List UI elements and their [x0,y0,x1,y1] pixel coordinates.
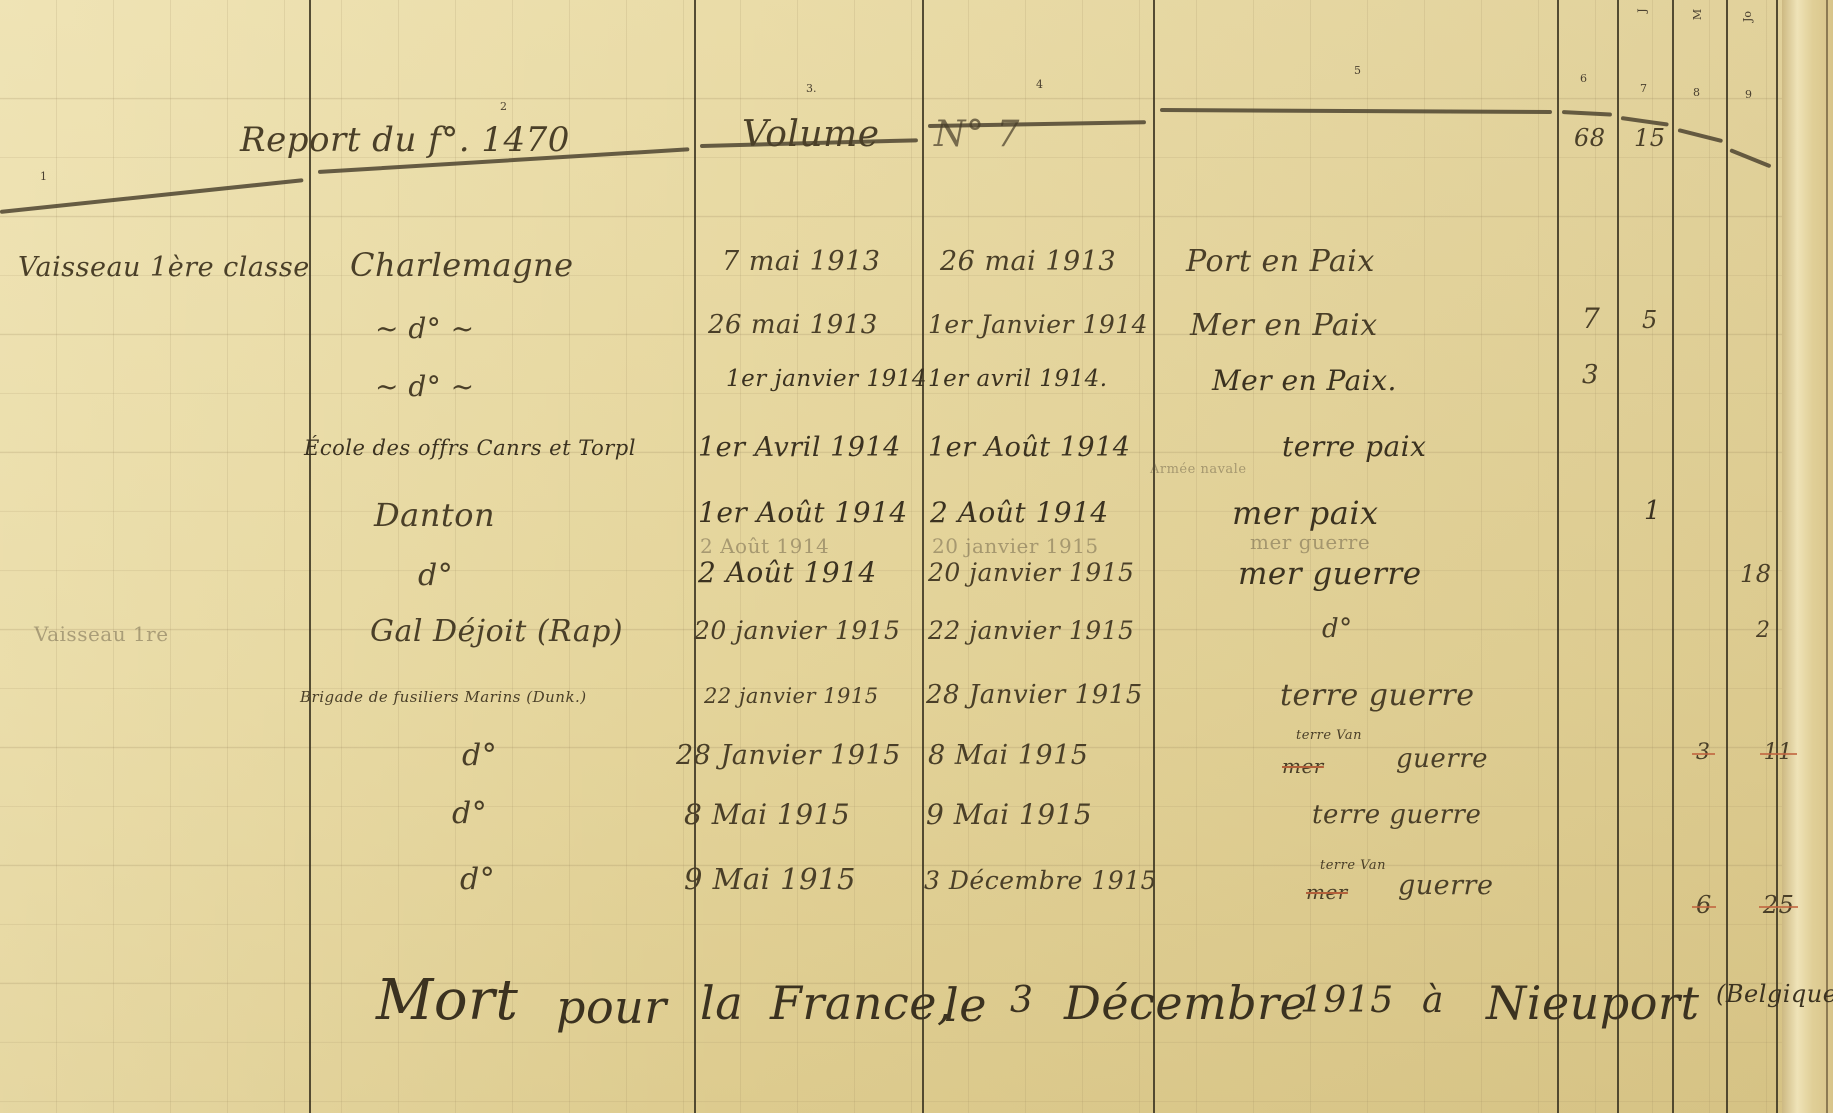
column-number-4: 4 [1036,78,1043,91]
column-divider-5 [1557,0,1559,1113]
col9-cell: 11 [1764,740,1793,765]
volume-label: Volume [742,114,880,155]
column-divider-1 [309,0,311,1113]
status-struck-cell: mer [1306,880,1348,904]
unit-cell: d° [452,796,487,831]
column-number-7: 7 [1640,82,1647,95]
from-date-cell: 1er Août 1914 [698,496,908,529]
unit-cell: d° [418,558,453,593]
column-divider-2 [694,0,696,1113]
from-date-cell: 9 Mai 1915 [684,862,856,896]
death-word-4: France, [770,976,952,1030]
status-cell: mer paix [1232,494,1379,532]
from-date-cell: 1er Avril 1914 [698,432,901,463]
rank-pencil-note: Vaisseau 1re [34,622,169,646]
unit-cell: Gal Déjoit (Rap) [370,614,623,649]
register-page: 1 2 3. 4 5 6 7 8 9 J M Jo Report du f°. … [0,0,1833,1113]
unit-cell: Charlemagne [350,246,574,284]
volume-number: N° 7 [934,114,1020,155]
column-divider-4 [1153,0,1155,1113]
column-divider-8 [1726,0,1728,1113]
death-word-3: la [700,976,743,1030]
ruled-grid-vertical [0,0,1793,1113]
unit-cell: Danton [374,496,495,534]
rank-entry: Vaisseau 1ère classe [18,252,310,283]
rotated-header-col7: J [1636,8,1649,12]
status-cell: mer guerre [1238,556,1422,592]
col7-cell: 1 [1644,496,1661,526]
to-date-cell: 1er avril 1914. [928,366,1108,392]
rotated-header-col9: Jo [1741,11,1754,22]
from-date-cell: 7 mai 1913 [722,246,880,277]
to-date-cell: 2 Août 1914 [930,496,1109,529]
col6-cell: 7 [1582,302,1600,335]
to-date-cell: 22 janvier 1915 [928,616,1134,645]
column-number-9: 9 [1745,88,1752,101]
death-word-10: Nieuport [1486,976,1699,1030]
to-date-cell: 3 Décembre 1915 [924,866,1157,895]
to-pencil-cell: 20 janvier 1915 [932,534,1099,558]
col8-cell: 3 [1696,740,1711,765]
status-pencil-cell: mer guerre [1250,530,1370,554]
to-date-cell: 1er Août 1914 [928,432,1130,463]
to-date-cell: 20 janvier 1915 [928,558,1134,587]
unit-cell: d° [460,862,495,897]
death-word-11: (Belgique) [1716,980,1833,1008]
to-date-cell: 26 mai 1913 [940,246,1116,277]
carry-forward-col6: 68 [1574,124,1606,152]
status-struck-cell: mer [1282,754,1324,778]
column-number-3: 3. [806,82,817,95]
from-date-cell: 26 mai 1913 [708,310,878,340]
from-date-cell: 1er janvier 1914 [726,366,927,392]
status-cell: guerre [1396,744,1488,774]
status-cell: terre guerre [1280,678,1475,713]
unit-cell: Brigade de fusiliers Marins (Dunk.) [300,688,587,706]
col6-cell: 3 [1582,360,1599,390]
page-edge-line [1826,0,1828,1113]
status-cell: Mer en Paix [1190,308,1378,343]
struck-word: mer [1282,754,1324,778]
from-date-cell: 28 Janvier 1915 [676,740,901,771]
carry-forward-label: Report du f°. 1470 [240,120,570,160]
from-date-cell: 20 janvier 1915 [694,616,900,645]
unit-cell: ~ d° ~ [375,312,475,345]
carry-forward-col7: 15 [1634,124,1666,152]
column-divider-3 [922,0,924,1113]
rotated-header-col8: M [1691,9,1704,20]
to-date-cell: 28 Janvier 1915 [926,680,1143,710]
unit-cell: d° [462,738,497,773]
death-word-2: pour [556,980,667,1034]
column-divider-7 [1672,0,1674,1113]
death-word-6: 3 [1010,980,1033,1021]
death-word-8: 1915 [1300,980,1394,1021]
status-cell: terre guerre [1312,800,1481,830]
to-date-cell: 1er Janvier 1914 [928,310,1148,339]
col7-cell: 5 [1642,306,1658,334]
column-number-5: 5 [1354,64,1361,77]
status-cell: Port en Paix [1186,244,1375,279]
death-word-5: le [944,978,987,1032]
death-word-1: Mort [376,968,518,1033]
column-number-8: 8 [1693,86,1700,99]
unit-cell: École des offrs Canrs et Torpl [304,436,636,460]
column-divider-9 [1776,0,1778,1113]
col8-cell: 6 [1696,891,1712,919]
death-word-9: à [1422,980,1444,1021]
col9-cell: 25 [1763,891,1795,919]
unit-cell: ~ d° ~ [375,370,475,403]
from-date-cell: 8 Mai 1915 [684,798,850,831]
col9-cell: 18 [1740,560,1772,588]
struck-word: mer [1306,880,1348,904]
column-number-6: 6 [1580,72,1587,85]
from-date-cell: 2 Août 1914 [698,556,877,589]
col9-cell: 2 [1756,618,1771,643]
status-cell: terre paix [1282,430,1426,463]
column-divider-6 [1617,0,1619,1113]
to-date-cell: 8 Mai 1915 [928,740,1088,771]
status-correction-cell: terre Van [1320,858,1386,873]
death-word-7: Décembre [1064,976,1307,1030]
to-date-cell: 9 Mai 1915 [926,798,1092,831]
status-cell: guerre [1398,870,1493,901]
status-cell: Mer en Paix. [1212,364,1397,397]
from-pencil-cell: 2 Août 1914 [700,534,829,558]
status-correction-cell: terre Van [1296,728,1362,743]
from-date-cell: 22 janvier 1915 [704,684,879,708]
status-cell: d° [1322,614,1353,644]
column-number-1: 1 [40,170,47,183]
pencil-annotation: Armée navale [1150,462,1247,477]
column-number-2: 2 [500,100,507,113]
